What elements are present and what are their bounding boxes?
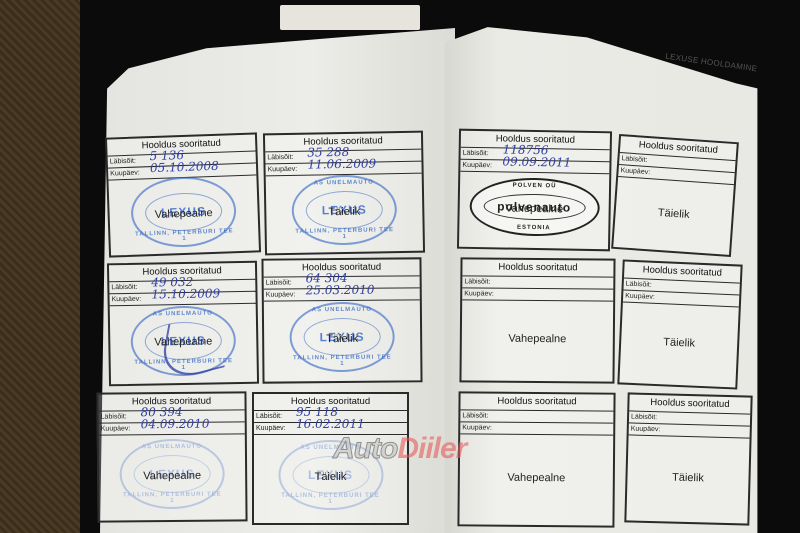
service-type: Täielik bbox=[627, 470, 748, 485]
background-object bbox=[280, 5, 420, 30]
card-body: Täielik bbox=[626, 435, 749, 519]
service-record-card: Hooldus sooritatud Läbisõit: 49 032 Kuup… bbox=[107, 261, 259, 387]
stamp-bottom-text: TALLINN, PETERBURI TEE 1 bbox=[294, 227, 395, 241]
date-label: Kuupäev: bbox=[112, 296, 142, 304]
service-record-card: Hooldus sooritatud Läbisõit: 35 288 Kuup… bbox=[263, 131, 425, 256]
mileage-label: Läbisõit: bbox=[621, 155, 648, 164]
mileage-label: Läbisõit: bbox=[267, 154, 293, 161]
mileage-label: Läbisõit: bbox=[110, 158, 136, 166]
service-record-card: Hooldus sooritatud Läbisõit: 118756 Kuup… bbox=[457, 129, 612, 252]
card-title: Hooldus sooritatud bbox=[460, 393, 613, 411]
service-type: Täielik bbox=[254, 471, 407, 483]
date-label: Kuupäev: bbox=[266, 291, 296, 298]
card-body: POLVEN OÜ polvenauto ESTONIA Vahepealne bbox=[459, 172, 609, 246]
date-label: Kuupäev: bbox=[462, 424, 492, 431]
service-record-card: Hooldus sooritatud Läbisõit: Kuupäev: Tä… bbox=[617, 259, 742, 389]
date-value: 04.09.2010 bbox=[141, 419, 210, 431]
date-label: Kuupäev: bbox=[268, 166, 298, 174]
service-type: Vahepealne bbox=[462, 332, 613, 345]
mileage-label: Läbisõit: bbox=[266, 279, 292, 286]
watermark-logo: AutoDiiler bbox=[333, 432, 466, 466]
mileage-label: Läbisõit: bbox=[631, 413, 657, 421]
stamp-bottom-text: TALLINN, PETERBURI TEE 1 bbox=[134, 228, 235, 244]
card-body: LEXUS TALLINN, PETERBURI TEE 1 Vahepealn… bbox=[108, 175, 258, 251]
card-body: Täielik bbox=[620, 302, 739, 383]
service-record-card: Hooldus sooritatud Läbisõit: 64 304 Kuup… bbox=[261, 257, 422, 383]
watermark-part2: Diiler bbox=[397, 432, 466, 465]
card-body: Täielik bbox=[614, 177, 734, 251]
date-label: Kuupäev: bbox=[620, 167, 650, 176]
service-record-card: Hooldus sooritatud Läbisõit: 80 394 Kuup… bbox=[96, 391, 247, 522]
service-record-card: Hooldus sooritatud Läbisõit: 5 136 Kuupä… bbox=[105, 132, 261, 257]
date-label: Kuupäev: bbox=[101, 425, 131, 432]
card-body: Vahepealne bbox=[462, 300, 614, 377]
card-body: AS UNELMAUTO LEXUS TALLINN, PETERBURI TE… bbox=[264, 300, 421, 377]
date-label: Kuupäev: bbox=[625, 293, 655, 301]
mileage-label: Läbisõit: bbox=[626, 281, 652, 289]
card-body: Vahepealne bbox=[459, 434, 613, 521]
card-body: AS UNELMAUTO LEXUS TALLINN, PETERBURI TE… bbox=[110, 304, 257, 381]
stamp-top-text bbox=[132, 180, 233, 184]
date-label: Kuupäev: bbox=[110, 169, 140, 177]
date-value: 11.06.2009 bbox=[307, 158, 376, 170]
service-type: Täielik bbox=[264, 332, 420, 345]
service-type: Täielik bbox=[615, 204, 732, 224]
stamp-bottom-text: TALLINN, PETERBURI TEE 1 bbox=[280, 493, 381, 505]
stamp-top-text: AS UNELMAUTO bbox=[121, 443, 222, 450]
card-title: Hooldus sooritatud bbox=[462, 259, 613, 277]
mileage-label: Läbisõit: bbox=[462, 412, 488, 419]
date-value: 05.10.2008 bbox=[150, 161, 219, 174]
date-value: 25.03.2010 bbox=[306, 285, 375, 297]
stamp-top-text: POLVEN OÜ bbox=[472, 182, 598, 190]
service-type: Vahepealne bbox=[110, 335, 256, 350]
service-type: Täielik bbox=[266, 204, 422, 219]
service-type: Täielik bbox=[621, 334, 737, 351]
date-label: Kuupäev: bbox=[631, 425, 661, 433]
mileage-label: Läbisõit: bbox=[256, 413, 282, 420]
stamp-bottom-text: ESTONIA bbox=[471, 224, 597, 232]
service-record-card: Hooldus sooritatud Läbisõit: Kuupäev: Va… bbox=[459, 257, 615, 383]
service-record-card: Hooldus sooritatud Läbisõit: Kuupäev: Va… bbox=[457, 391, 615, 527]
date-value: 09.09.2011 bbox=[502, 156, 571, 168]
service-type: Vahepealne bbox=[460, 471, 613, 484]
mileage-label: Läbisõit: bbox=[463, 150, 489, 157]
service-record-card: Hooldus sooritatud Läbisõit: Kuupäev: Tä… bbox=[611, 134, 739, 257]
stamp-top-text: AS UNELMAUTO bbox=[293, 179, 394, 187]
date-label: Kuupäev: bbox=[464, 290, 494, 297]
stamp-top-text: AS UNELMAUTO bbox=[291, 307, 392, 314]
date-value: 15.10.2009 bbox=[151, 288, 220, 300]
service-type: Vahepealne bbox=[460, 201, 609, 216]
stamp-bottom-text: TALLINN, PETERBURI TEE 1 bbox=[122, 491, 223, 504]
mileage-label: Läbisõit: bbox=[101, 413, 127, 420]
service-type: Vahepealne bbox=[99, 469, 245, 482]
watermark-part1: Auto bbox=[333, 432, 397, 465]
card-body: AS UNELMAUTO LEXUS TALLINN, PETERBURI TE… bbox=[266, 174, 423, 250]
service-record-card: Hooldus sooritatud Läbisõit: Kuupäev: Tä… bbox=[624, 392, 752, 525]
mileage-label: Läbisõit: bbox=[464, 278, 490, 285]
date-label: Kuupäev: bbox=[256, 425, 286, 432]
mileage-label: Läbisõit: bbox=[111, 284, 137, 291]
card-body: AS UNELMAUTO LEXUS TALLINN, PETERBURI TE… bbox=[99, 434, 246, 516]
date-label: Kuupäev: bbox=[462, 162, 492, 170]
stamp-bottom-text: TALLINN, PETERBURI TEE 1 bbox=[292, 355, 393, 368]
date-value: 16.02.2011 bbox=[296, 419, 365, 430]
